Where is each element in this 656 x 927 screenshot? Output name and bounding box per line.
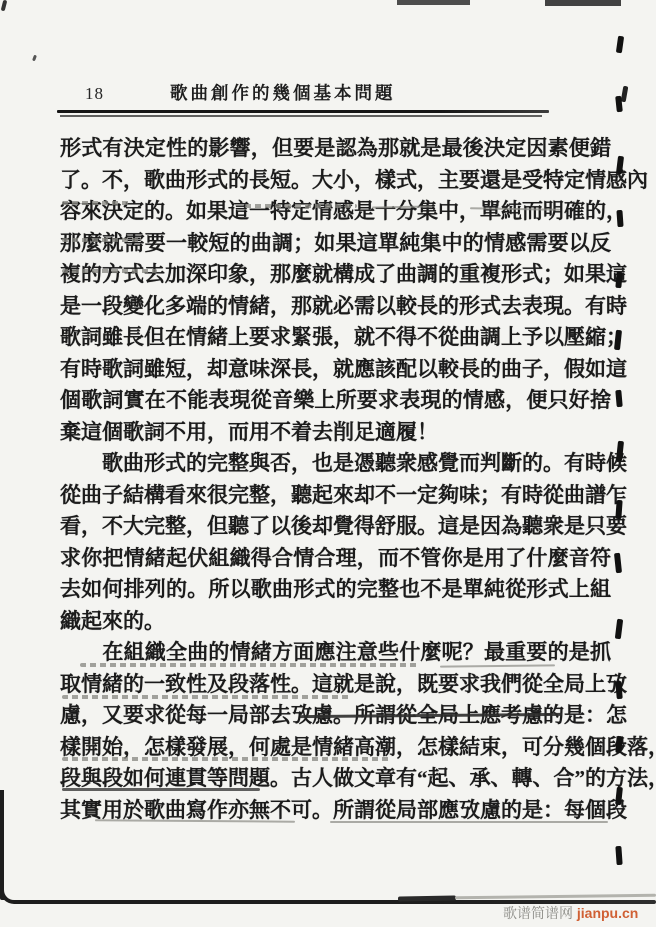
- text-line: 容來決定的。如果這一特定情感是十分集中，單純而明確的，: [60, 196, 611, 228]
- text-line: 樣開始，怎樣發展，何處是情緒高潮，怎樣結束，可分幾個段落，: [60, 732, 611, 764]
- edge-ink-mark: [615, 390, 622, 407]
- edge-ink-mark: [614, 553, 622, 574]
- text-line: 從曲子結構看來很完整，聽起來却不一定夠味；有時從曲譜乍: [60, 480, 611, 512]
- page-title: 歌曲創作的幾個基本問題: [170, 80, 370, 105]
- text-line: 慮，又要求從每一局部去攷慮。所謂從全局上應考慮的是：怎: [60, 700, 611, 732]
- watermark-site-name: 歌谱简谱网: [503, 905, 573, 921]
- scan-smudge-top-2: [545, 0, 621, 6]
- scan-smudge-bottom: [398, 895, 456, 901]
- text-line: 織起來的。: [60, 606, 611, 638]
- edge-ink-mark: [615, 619, 623, 640]
- scan-speck-top-left: [1, 0, 8, 11]
- text-line: 取情緒的一致性及段落性。這就是說，既要求我們從全局上攷: [60, 669, 611, 701]
- text-line: 棄這個歌詞不用，而用不着去削足適履！: [60, 417, 611, 449]
- scan-smudge-bottom-gray: [455, 894, 656, 899]
- edge-ink-mark: [616, 36, 624, 54]
- scan-speck-header-right: [621, 86, 629, 103]
- scan-edge-left-vertical: [0, 790, 4, 900]
- watermark-site-url: jianpu.cn: [577, 905, 638, 921]
- text-line: 段與段如何連貫等問題。古人做文章有“起、承、轉、合”的方法，: [60, 763, 611, 795]
- text-line: 在組織全曲的情緒方面應注意些什麼呢？最重要的是抓: [60, 637, 611, 669]
- scan-edge-corner: [0, 890, 22, 904]
- watermark: 歌谱简谱网 jianpu.cn: [503, 903, 638, 923]
- edge-ink-mark: [615, 846, 622, 865]
- text-line: 去如何排列的。所以歌曲形式的完整也不是單純從形式上組: [60, 574, 611, 606]
- text-line: 其實用於歌曲寫作亦無不可。所謂從局部應攷慮的是：每個段: [60, 795, 611, 827]
- scan-smudge-top-1: [397, 0, 470, 5]
- text-line: 那麼就需要一較短的曲調；如果這單純集中的情感需要以反: [60, 228, 611, 260]
- text-line: 歌曲形式的完整與否，也是憑聽衆感覺而判斷的。有時候: [60, 448, 611, 480]
- page-number: 18: [85, 84, 104, 104]
- page-header: 18 歌曲創作的幾個基本問題: [0, 80, 656, 120]
- text-line: 歌詞雖長但在情緒上要求緊張，就不得不從曲調上予以壓縮；: [60, 322, 611, 354]
- header-rule-thick: [57, 110, 549, 113]
- body-text: 形式有決定性的影響，但要是認為那就是最後決定因素便錯 了。不，歌曲形式的長短。大…: [60, 133, 611, 826]
- header-rule-thin: [60, 115, 542, 117]
- text-line: 個歌詞實在不能表現從音樂上所要求表現的情感，便只好捨: [60, 385, 611, 417]
- text-line: 形式有決定性的影響，但要是認為那就是最後決定因素便錯: [60, 133, 611, 165]
- text-line: 是一段變化多端的情緒，那就必需以較長的形式去表現。有時: [60, 291, 611, 323]
- text-line: 複的方式去加深印象，那麼就構成了曲調的重複形式；如果這: [60, 259, 611, 291]
- scanned-book-page: 18 歌曲創作的幾個基本問題 形式有決定性的影響，但要是認為那就是最後決定因素便…: [0, 0, 656, 927]
- text-line: 了。不，歌曲形式的長短。大小，樣式，主要還是受特定情感內: [60, 165, 611, 197]
- text-line: 求你把情緒起伏組織得合情合理，而不管你是用了什麼音符: [60, 543, 611, 575]
- text-line: 看，不大完整，但聽了以後却覺得舒服。這是因為聽衆是只要: [60, 511, 611, 543]
- text-line: 有時歌詞雖短，却意味深長，就應該配以較長的曲子，假如這: [60, 354, 611, 386]
- scan-speck-comma: [32, 55, 37, 62]
